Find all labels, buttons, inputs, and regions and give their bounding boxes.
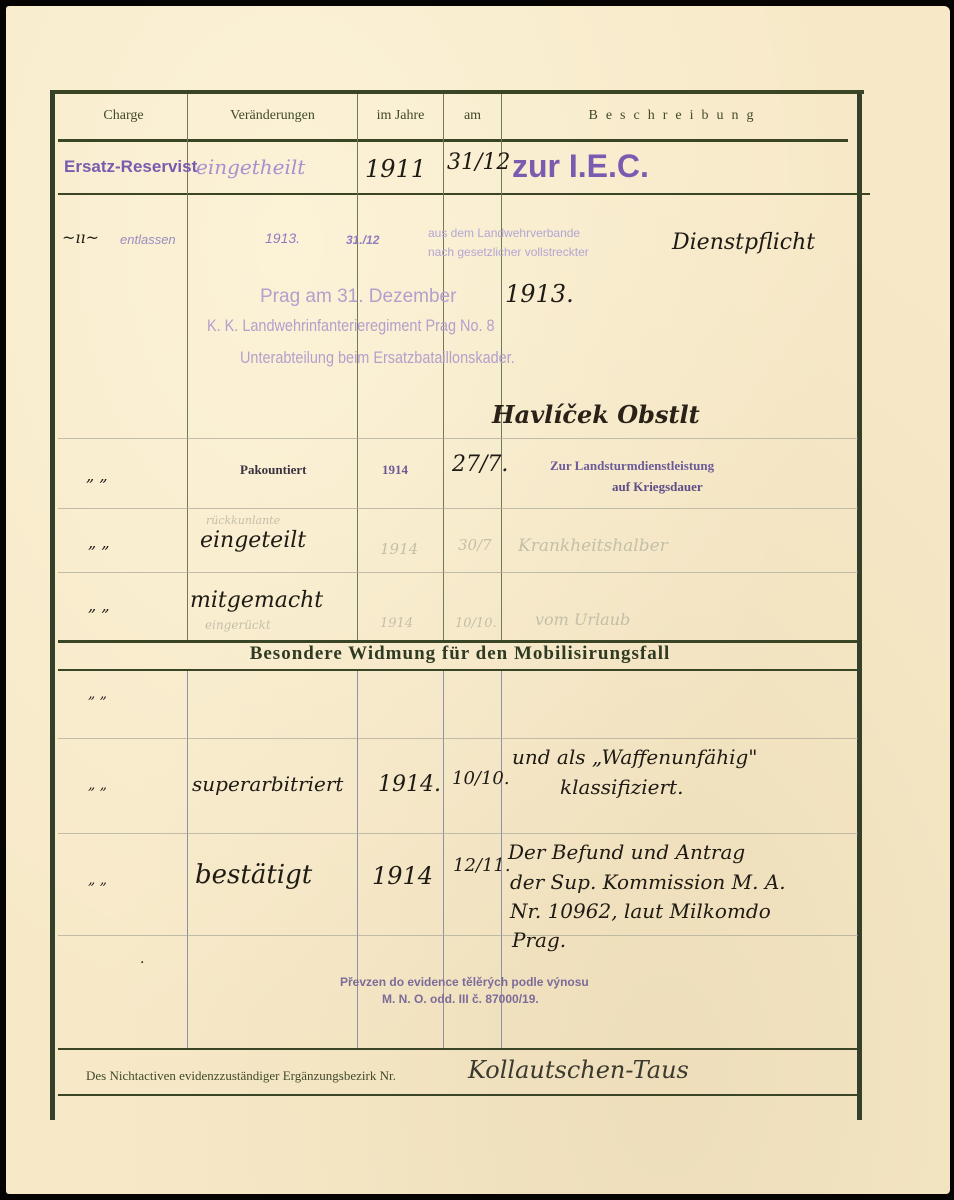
change-cell: eingeteilt — [200, 528, 306, 553]
date-cell: 30/7 — [458, 536, 492, 554]
description-cell: vom Urlaub — [535, 610, 630, 629]
ditto-mark: „ „ — [88, 533, 110, 552]
date-cell: 31./12 — [346, 233, 379, 247]
date-cell: 27/7. — [452, 452, 508, 477]
pencil-note: eingerückt — [205, 618, 271, 632]
description-line: und als „Waffenunfähig" — [512, 745, 758, 769]
ditto-mark: ~ıı~ — [62, 228, 99, 247]
year-cell: 1911 — [365, 155, 426, 183]
ditto-mark: „ „ — [88, 872, 107, 888]
evidence-stamp-line: Převzen do evidence tělěrých podle výnos… — [340, 975, 589, 989]
description-line: Zur Landsturmdienstleistung — [550, 458, 714, 474]
handwritten-year: 1913. — [505, 280, 574, 308]
pencil-line — [58, 438, 858, 439]
column-header-changes: Veränderungen — [188, 108, 357, 124]
stamp-text: K. K. Landwehrinfanterieregiment Prag No… — [207, 316, 495, 336]
ditto-mark: · — [140, 955, 144, 971]
change-cell: bestätigt — [195, 860, 312, 890]
stamp-change: entlassen — [120, 232, 176, 247]
change-cell: superarbitriert — [192, 772, 343, 796]
column-header-description: Beschreibung — [502, 108, 848, 124]
stamp-text: Prag am 31. Dezember — [260, 286, 456, 308]
year-cell: 1914 — [372, 862, 433, 890]
pencil-line — [58, 572, 858, 573]
description-line: Nr. 10962, laut Milkomdo — [510, 899, 771, 923]
col-divider-2b — [357, 671, 358, 1048]
section-title: Besondere Widmung für den Mobilisirungsf… — [60, 643, 860, 665]
col-divider-1b — [187, 671, 188, 1048]
date-cell: 10/10. — [452, 768, 510, 789]
pencil-note: rückkunlante — [206, 514, 280, 527]
footer-divider-top — [58, 1048, 858, 1050]
section-divider-bottom — [58, 669, 858, 671]
ditto-mark: „ „ — [88, 596, 110, 615]
ditto-mark: „ „ — [86, 466, 108, 485]
pencil-line — [58, 935, 858, 936]
stamp-change: eingetheilt — [196, 155, 305, 179]
year-cell: 1913. — [265, 230, 300, 246]
footer-value: Kollautschen-Taus — [468, 1056, 689, 1084]
column-header-date: am — [444, 108, 501, 124]
year-cell: 1914 — [380, 540, 418, 558]
year-cell: 1914. — [378, 772, 441, 797]
column-header-year: im Jahre — [358, 108, 443, 124]
footer-divider-bottom — [58, 1094, 858, 1096]
evidence-stamp-line: M. N. O. odd. III č. 87000/19. — [382, 992, 539, 1006]
description-line: klassifiziert. — [560, 775, 683, 799]
date-cell: 31/12 — [447, 150, 510, 175]
year-cell: 1914 — [380, 616, 413, 631]
date-cell: 10/10. — [455, 616, 497, 631]
pencil-line — [58, 508, 858, 509]
year-cell: 1914 — [382, 462, 408, 478]
stamp-text: nach gesetzlicher vollstreckter — [428, 245, 589, 259]
pencil-line — [58, 738, 858, 739]
change-cell: Pakountiert — [240, 462, 306, 478]
description-line: auf Kriegsdauer — [612, 479, 703, 495]
header-divider — [58, 139, 848, 142]
description-cell: zur I.E.C. — [512, 148, 649, 185]
handwritten-description: Dienstpflicht — [672, 230, 815, 255]
description-line: Der Befund und Antrag — [508, 840, 745, 864]
description-line: der Sup. Kommission M. A. — [510, 870, 786, 894]
stamp-text: aus dem Landwehrverbande — [428, 226, 580, 240]
ditto-mark: „ „ — [88, 686, 107, 702]
date-cell: 12/11. — [453, 855, 511, 876]
pencil-line — [58, 833, 858, 834]
signature: Havlíček Obstlt — [492, 400, 700, 429]
description-cell: Krankheitshalber — [518, 536, 668, 556]
description-line: Prag. — [512, 928, 566, 952]
row-divider — [58, 193, 870, 195]
frame-top-border — [52, 90, 864, 94]
footer-label: Des Nichtactiven evidenzzuständiger Ergä… — [86, 1068, 396, 1084]
change-cell: mitgemacht — [190, 588, 323, 613]
frame-left-border — [50, 90, 55, 1120]
ditto-mark: „ „ — [88, 777, 107, 793]
stamp-text: Unterabteilung beim Ersatzbataillonskade… — [240, 348, 515, 368]
stamp-charge: Ersatz-Reservist — [64, 157, 197, 177]
frame-right-border — [857, 90, 862, 1120]
column-header-charge: Charge — [60, 108, 187, 124]
